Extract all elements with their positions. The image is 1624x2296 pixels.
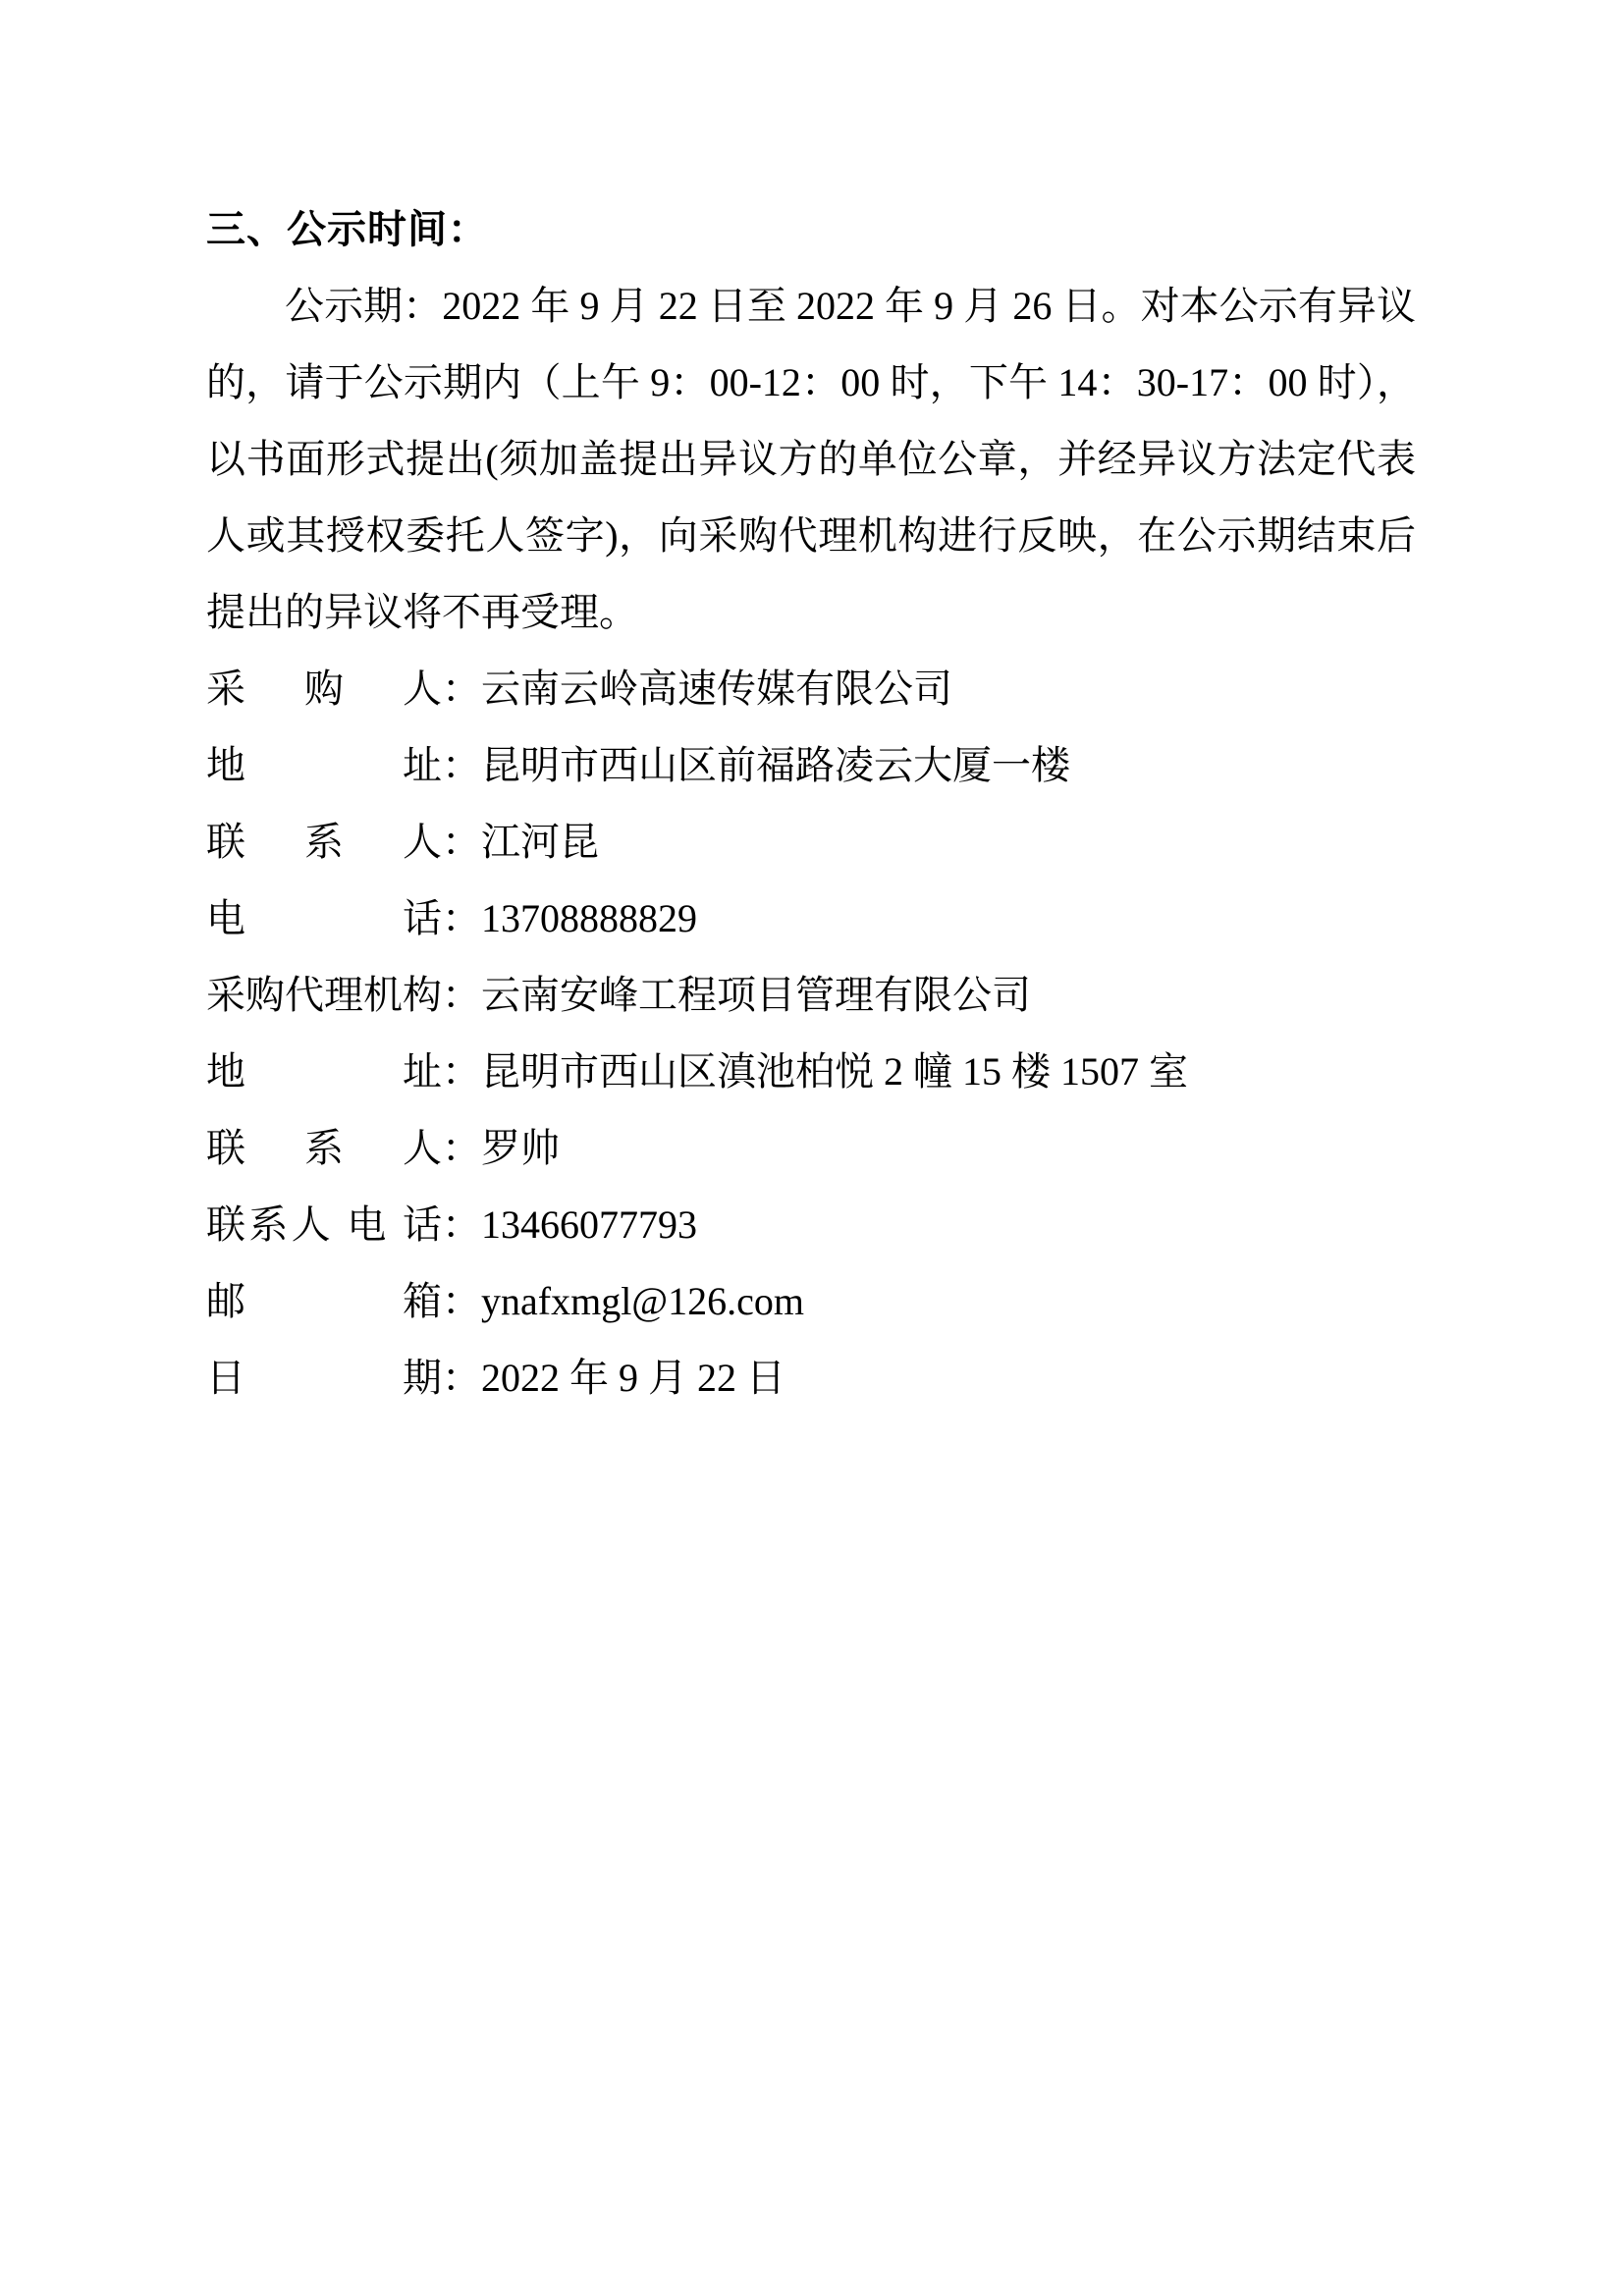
- contact-value: 13708888829: [481, 881, 697, 957]
- contact-value: 昆明市西山区前福路凌云大厦一楼: [481, 727, 1070, 804]
- contact-row-agency-address: 地址：昆明市西山区滇池柏悦 2 幢 15 楼 1507 室: [206, 1034, 1416, 1110]
- contact-value: ynafxmgl@126.com: [481, 1263, 804, 1340]
- contact-row-purchaser: 采购人：云南云岭高速传媒有限公司: [206, 651, 1416, 727]
- contact-list: 采购人：云南云岭高速传媒有限公司 地址：昆明市西山区前福路凌云大厦一楼 联系人：…: [206, 651, 1416, 1416]
- contact-label: 日期: [206, 1340, 442, 1416]
- contact-row-agency-contact: 联系人：罗帅: [206, 1110, 1416, 1187]
- contact-row-purchaser-address: 地址：昆明市西山区前福路凌云大厦一楼: [206, 727, 1416, 804]
- document-page: 三、公示时间： 公示期：2022 年 9 月 22 日至 2022 年 9 月 …: [0, 0, 1624, 2296]
- contact-label: 联系人 电 话: [206, 1187, 442, 1263]
- contact-label: 电话: [206, 881, 442, 957]
- contact-colon: ：: [442, 651, 481, 727]
- contact-label: 联系人: [206, 1110, 442, 1187]
- contact-label: 联系人: [206, 804, 442, 881]
- contact-label: 采购代理机构: [206, 957, 442, 1034]
- contact-value: 昆明市西山区滇池柏悦 2 幢 15 楼 1507 室: [481, 1034, 1188, 1110]
- contact-colon: ：: [442, 1110, 481, 1187]
- contact-row-email: 邮箱：ynafxmgl@126.com: [206, 1263, 1416, 1340]
- contact-label: 采购人: [206, 651, 442, 727]
- contact-colon: ：: [442, 1340, 481, 1416]
- notice-paragraph: 公示期：2022 年 9 月 22 日至 2022 年 9 月 26 日。对本公…: [206, 268, 1416, 651]
- section-heading: 三、公示时间：: [206, 191, 1416, 268]
- contact-colon: ：: [442, 804, 481, 881]
- contact-value: 罗帅: [481, 1110, 560, 1187]
- contact-row-agency: 采购代理机构：云南安峰工程项目管理有限公司: [206, 957, 1416, 1034]
- contact-value: 云南云岭高速传媒有限公司: [481, 651, 952, 727]
- contact-value: 13466077793: [481, 1187, 697, 1263]
- contact-colon: ：: [442, 1187, 481, 1263]
- contact-row-purchaser-phone: 电话：13708888829: [206, 881, 1416, 957]
- contact-label: 邮箱: [206, 1263, 442, 1340]
- contact-row-agency-phone: 联系人 电 话：13466077793: [206, 1187, 1416, 1263]
- contact-value: 云南安峰工程项目管理有限公司: [481, 957, 1031, 1034]
- contact-value: 江河昆: [481, 804, 599, 881]
- contact-value: 2022 年 9 月 22 日: [481, 1340, 785, 1416]
- contact-row-purchaser-contact: 联系人：江河昆: [206, 804, 1416, 881]
- contact-colon: ：: [442, 1034, 481, 1110]
- contact-colon: ：: [442, 727, 481, 804]
- contact-colon: ：: [442, 957, 481, 1034]
- contact-label: 地址: [206, 727, 442, 804]
- contact-colon: ：: [442, 1263, 481, 1340]
- contact-row-date: 日期：2022 年 9 月 22 日: [206, 1340, 1416, 1416]
- contact-label: 地址: [206, 1034, 442, 1110]
- contact-colon: ：: [442, 881, 481, 957]
